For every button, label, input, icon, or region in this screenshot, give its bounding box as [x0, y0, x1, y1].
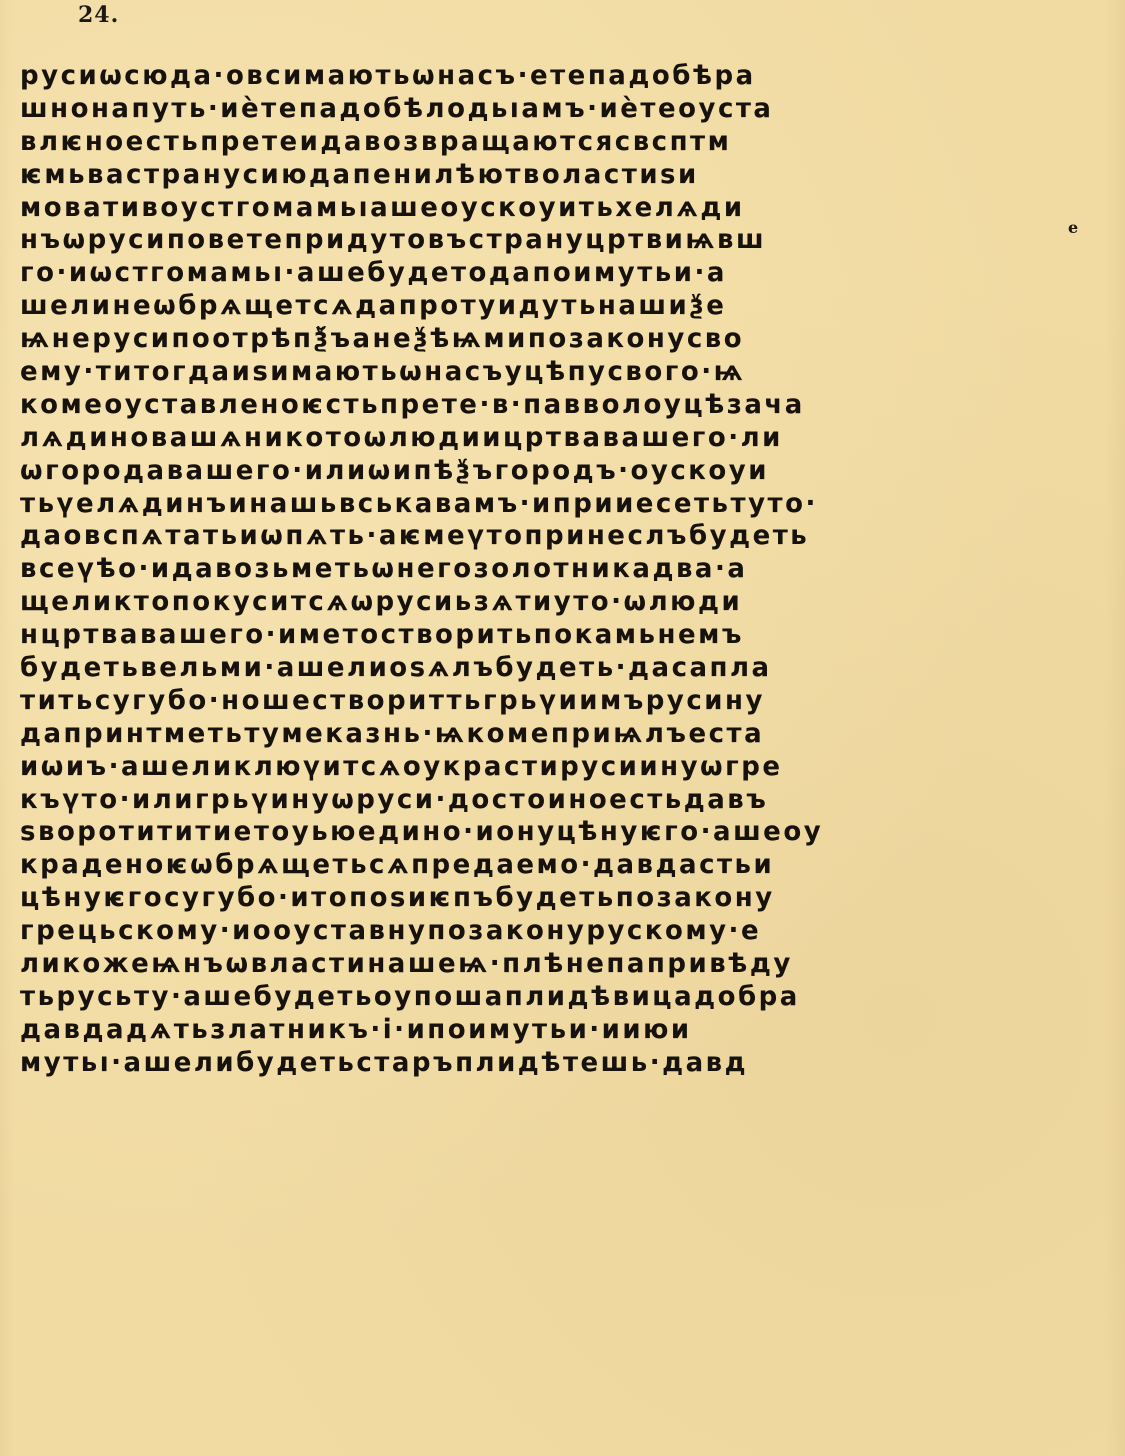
text-line: иѡиъ·ашеликлюүитсѧоукрастирусиинуѡгре — [20, 751, 1050, 784]
text-line: давдадѧтьзлатникъ·і·ипоимутьи·ииюи — [20, 1014, 1050, 1047]
text-line: русиѡсюда·овсимаютьѡнасъ·етепадобѣра — [20, 60, 1050, 93]
text-line: всеүѣо·идавозьметьѡнегозолотникадва·а — [20, 553, 1050, 586]
text-line: тьүелѧдинъинашьвськавамъ·иприиесетьтуто· — [20, 488, 1050, 521]
text-line: ѕворотититиетоуьюедино·ионуцѣнуѥго·ашеоу — [20, 816, 1050, 849]
text-line: будетьвельми·ашелиоѕѧлъбудеть·дасапла — [20, 652, 1050, 685]
text-line: комеоуставленоѥстьпрете·в·павволоуцѣзача — [20, 389, 1050, 422]
manuscript-text-block: русиѡсюда·овсимаютьѡнасъ·етепадобѣра шно… — [20, 60, 1090, 1080]
text-line: къүто·илигрьүинуѡруси·достоиноестьдавъ — [20, 784, 1050, 817]
text-line: шнонапуть·иѐтепадобѣлодьıамъ·иѐтеоуста — [20, 93, 1050, 126]
text-line: ему·титогдаиѕимаютьѡнасъуцѣпусвого·ѩ — [20, 356, 1050, 389]
text-line: го·иѡстгомамьı·ашебудетодапоимутьи·а — [20, 257, 1050, 290]
text-line: лѧдиновашѧникотоѡлюдиицртвавашего·ли — [20, 422, 1050, 455]
text-line: шелинеѡбрѧщетсѧдапротуидутьнашиѯе — [20, 290, 1050, 323]
text-line: ѩнерусипоотрѣпѯ̆ъанеѯѣѩмипозаконусво — [20, 323, 1050, 356]
text-line: грецьскому·иооуставнупозаконурускому·е — [20, 915, 1050, 948]
text-line: даовспѧтатьиѡпѧть·аѥмеүтопринеслъбудеть — [20, 520, 1050, 553]
text-line: мутьı·ашелибудетьстаръплидѣтешь·давд — [20, 1047, 1050, 1080]
text-line: дапринтметьтумеказнь·ѩкомеприѩлъеста — [20, 718, 1050, 751]
manuscript-page: 24. русиѡсюда·овсимаютьѡнасъ·етепадобѣра… — [0, 0, 1125, 1456]
text-line: титьсугубо·ношествориттьгрьүиимърусину — [20, 685, 1050, 718]
page-number: 24. — [78, 2, 119, 28]
text-line: ѡгородавашего·илиѡипѣѯъгородъ·оускоуи — [20, 455, 1050, 488]
text-line: щеликтопокуситсѧѡрусиьзѧтиуто·ѡлюди — [20, 586, 1050, 619]
text-line: нцртвавашего·иметостворитьпокамьнемъ — [20, 619, 1050, 652]
text-line: мовативоустгомамьıашеоускоуитьхелѧди — [20, 192, 1050, 225]
text-line: ликожеѩнъѡвластинашеѩ·плѣнепапривѣду — [20, 948, 1050, 981]
text-line: тьрусьту·ашебудетьоупошаплидѣвицадобра — [20, 981, 1050, 1014]
text-line: ѥмьвастранусиюдапенилѣютволастиѕи — [20, 159, 1050, 192]
text-line: нъѡрусиповетепридутовъстрануцртвиѩвш — [20, 224, 1050, 257]
margin-note: е — [1068, 218, 1078, 237]
text-line: влѥноестьпретеидавозвращаютсясвсптм — [20, 126, 1050, 159]
text-line: краденоѥѡбрѧщетьсѧпредаемо·давдастьи — [20, 849, 1050, 882]
text-line: цѣнуѥгосугубо·итопоѕиѥпъбудетьпозакону — [20, 882, 1050, 915]
